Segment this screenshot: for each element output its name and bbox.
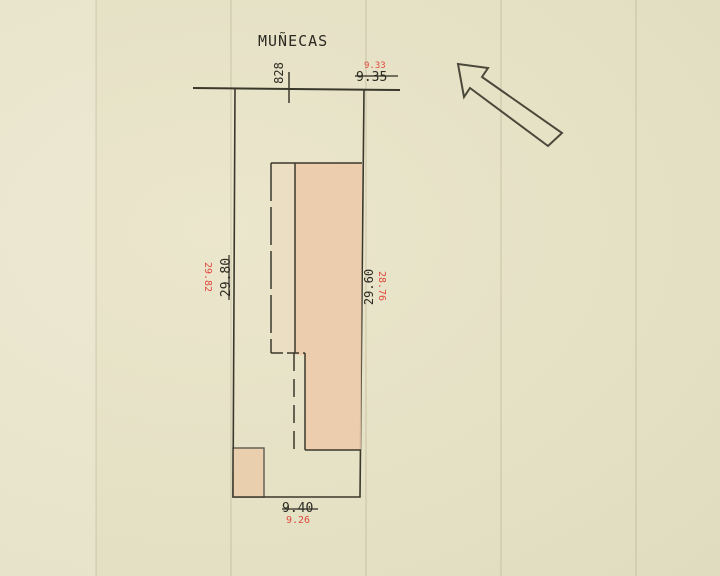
left-dimension-corrected: 29.82	[202, 262, 212, 292]
street-line	[193, 88, 400, 90]
front-dimension-original: 9.35	[356, 71, 387, 84]
house-number-label: 828	[273, 62, 285, 84]
right-dimension-corrected: 28.76	[376, 271, 386, 301]
right-dimension-original: 29.60	[363, 269, 375, 305]
gallery-area	[271, 163, 295, 353]
north-arrow-icon	[458, 64, 562, 146]
back-dimension-original: 9.40	[282, 502, 313, 515]
street-name-label: MUÑECAS	[258, 34, 328, 49]
back-dimension-corrected: 9.26	[286, 516, 310, 526]
plot-plan-drawing	[0, 0, 720, 576]
left-dimension-original: 29.80	[220, 258, 233, 297]
back-annex	[233, 448, 264, 497]
